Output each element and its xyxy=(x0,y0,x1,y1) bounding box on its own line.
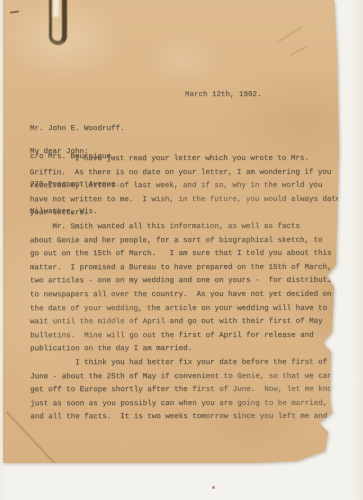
paper-sheet: March 12th, 1902. Mr. John E. Woodruff. … xyxy=(3,0,341,463)
scan-background: March 12th, 1902. Mr. John E. Woodruff. … xyxy=(0,0,363,500)
address-line: Mr. John E. Woodruff. xyxy=(30,125,125,134)
scratch-mark xyxy=(277,26,303,43)
letter-body: I have just read your letter which you w… xyxy=(30,153,341,425)
date-line: March 12th, 1902. xyxy=(185,90,262,100)
clip-highlight xyxy=(53,0,59,17)
pencil-dash-mark xyxy=(10,10,19,13)
red-speck-artifact xyxy=(212,486,215,489)
paperclip-rust-mark xyxy=(49,0,67,45)
letter-paper: March 12th, 1902. Mr. John E. Woodruff. … xyxy=(3,0,341,463)
scratch-mark xyxy=(290,45,308,55)
